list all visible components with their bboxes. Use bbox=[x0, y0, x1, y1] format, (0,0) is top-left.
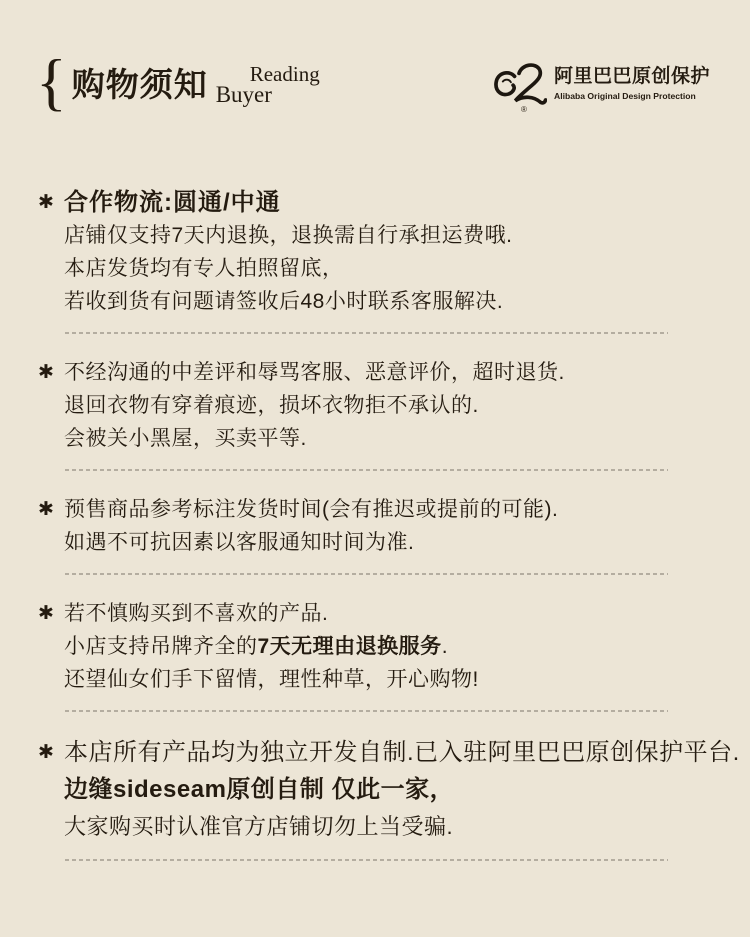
notice-line: 退回衣物有穿着痕迹，损坏衣物拒不承认的. bbox=[38, 389, 668, 422]
page-subtitle: Buyer Reading bbox=[216, 62, 326, 110]
subtitle-reading: Reading bbox=[250, 62, 320, 87]
notice-line: 会被关小黑屋，买卖平等. bbox=[38, 422, 668, 455]
logo-text-block: 阿里巴巴原创保护 Alibaba Original Design Protect… bbox=[554, 54, 710, 101]
text-segment: 边缝sideseam原创自制 仅此一家， bbox=[64, 776, 454, 803]
brace-decoration: { bbox=[36, 54, 67, 110]
buyer-notice-page: { 购物须知 Buyer Reading ® 阿里巴巴原创保护 Alibaba … bbox=[0, 0, 750, 937]
notice-section: ✱若不慎购买到不喜欢的产品.小店支持吊牌齐全的7天无理由退换服务.还望仙女们手下… bbox=[38, 597, 668, 696]
notice-line: ✱若不慎购买到不喜欢的产品. bbox=[38, 597, 668, 630]
notice-section: ✱不经沟通的中差评和辱骂客服、恶意评价，超时退货.退回衣物有穿着痕迹，损坏衣物拒… bbox=[38, 356, 668, 455]
text-segment: 还望仙女们手下留情，理性种草，开心购物! bbox=[64, 668, 479, 691]
notice-line: ✱不经沟通的中差评和辱骂客服、恶意评价，超时退货. bbox=[38, 356, 668, 389]
dashed-divider bbox=[65, 469, 668, 471]
header: { 购物须知 Buyer Reading ® 阿里巴巴原创保护 Alibaba … bbox=[0, 0, 750, 116]
dashed-divider bbox=[65, 710, 668, 712]
text-segment: 如遇不可抗因素以客服通知时间为准. bbox=[64, 531, 414, 554]
notice-line: 若收到货有问题请签收后48小时联系客服解决. bbox=[38, 285, 668, 318]
text-segment: 若收到货有问题请签收后48小时联系客服解决. bbox=[64, 290, 503, 313]
notice-line: 小店支持吊牌齐全的7天无理由退换服务. bbox=[38, 630, 668, 663]
text-segment: 合作物流:圆通/中通 bbox=[64, 189, 281, 216]
text-segment: 大家购买时认准官方店铺切勿上当受骗. bbox=[64, 814, 453, 839]
alibaba-smile-a-icon: ® bbox=[491, 54, 547, 112]
notice-line: ✱本店所有产品均为独立开发自制.已入驻阿里巴巴原创保护平台. bbox=[38, 734, 668, 771]
notice-line: 边缝sideseam原创自制 仅此一家， bbox=[38, 771, 668, 808]
alibaba-original-protection-logo: ® 阿里巴巴原创保护 Alibaba Original Design Prote… bbox=[491, 54, 710, 112]
notice-line: 还望仙女们手下留情，理性种草，开心购物! bbox=[38, 663, 668, 696]
notice-line: 店铺仅支持7天内退换，退换需自行承担运费哦. bbox=[38, 219, 668, 252]
notice-line: ✱预售商品参考标注发货时间(会有推迟或提前的可能). bbox=[38, 493, 668, 526]
text-segment: 若不慎购买到不喜欢的产品. bbox=[64, 602, 328, 625]
text-segment: . bbox=[442, 635, 448, 658]
dashed-divider bbox=[65, 573, 668, 575]
text-segment: 不经沟通的中差评和辱骂客服、恶意评价，超时退货. bbox=[64, 361, 565, 384]
text-segment: 退回衣物有穿着痕迹，损坏衣物拒不承认的. bbox=[64, 394, 479, 417]
notice-line: 大家购买时认准官方店铺切勿上当受骗. bbox=[38, 808, 668, 845]
asterisk-bullet-icon: ✱ bbox=[38, 185, 55, 218]
notice-section: ✱合作物流:圆通/中通店铺仅支持7天内退换，退换需自行承担运费哦.本店发货均有专… bbox=[38, 186, 668, 318]
dashed-divider bbox=[65, 859, 668, 861]
asterisk-bullet-icon: ✱ bbox=[38, 596, 54, 629]
text-segment: 会被关小黑屋，买卖平等. bbox=[64, 427, 307, 450]
notice-section: ✱本店所有产品均为独立开发自制.已入驻阿里巴巴原创保护平台.边缝sideseam… bbox=[38, 734, 668, 845]
text-segment: 店铺仅支持7天内退换，退换需自行承担运费哦. bbox=[64, 224, 513, 247]
notice-line: 如遇不可抗因素以客服通知时间为准. bbox=[38, 526, 668, 559]
text-segment: 预售商品参考标注发货时间(会有推迟或提前的可能). bbox=[64, 498, 558, 521]
asterisk-bullet-icon: ✱ bbox=[38, 492, 54, 525]
asterisk-bullet-icon: ✱ bbox=[38, 733, 54, 770]
text-segment: 小店支持吊牌齐全的 bbox=[64, 635, 258, 658]
notice-sections: ✱合作物流:圆通/中通店铺仅支持7天内退换，退换需自行承担运费哦.本店发货均有专… bbox=[0, 186, 750, 861]
page-title-group: { 购物须知 Buyer Reading bbox=[36, 54, 326, 110]
notice-section: ✱预售商品参考标注发货时间(会有推迟或提前的可能).如遇不可抗因素以客服通知时间… bbox=[38, 493, 668, 559]
dashed-divider bbox=[65, 332, 668, 334]
asterisk-bullet-icon: ✱ bbox=[38, 355, 54, 388]
notice-line: 本店发货均有专人拍照留底， bbox=[38, 252, 668, 285]
text-segment: 本店所有产品均为独立开发自制.已入驻阿里巴巴原创保护平台. bbox=[64, 739, 740, 766]
registered-mark: ® bbox=[521, 106, 527, 114]
text-segment: 7天无理由退换服务 bbox=[258, 635, 442, 658]
logo-en-label: Alibaba Original Design Protection bbox=[554, 91, 710, 101]
text-segment: 本店发货均有专人拍照留底， bbox=[64, 257, 344, 280]
page-title: 购物须知 bbox=[72, 60, 208, 110]
notice-line: ✱合作物流:圆通/中通 bbox=[38, 186, 668, 219]
logo-cn-label: 阿里巴巴原创保护 bbox=[554, 61, 710, 88]
